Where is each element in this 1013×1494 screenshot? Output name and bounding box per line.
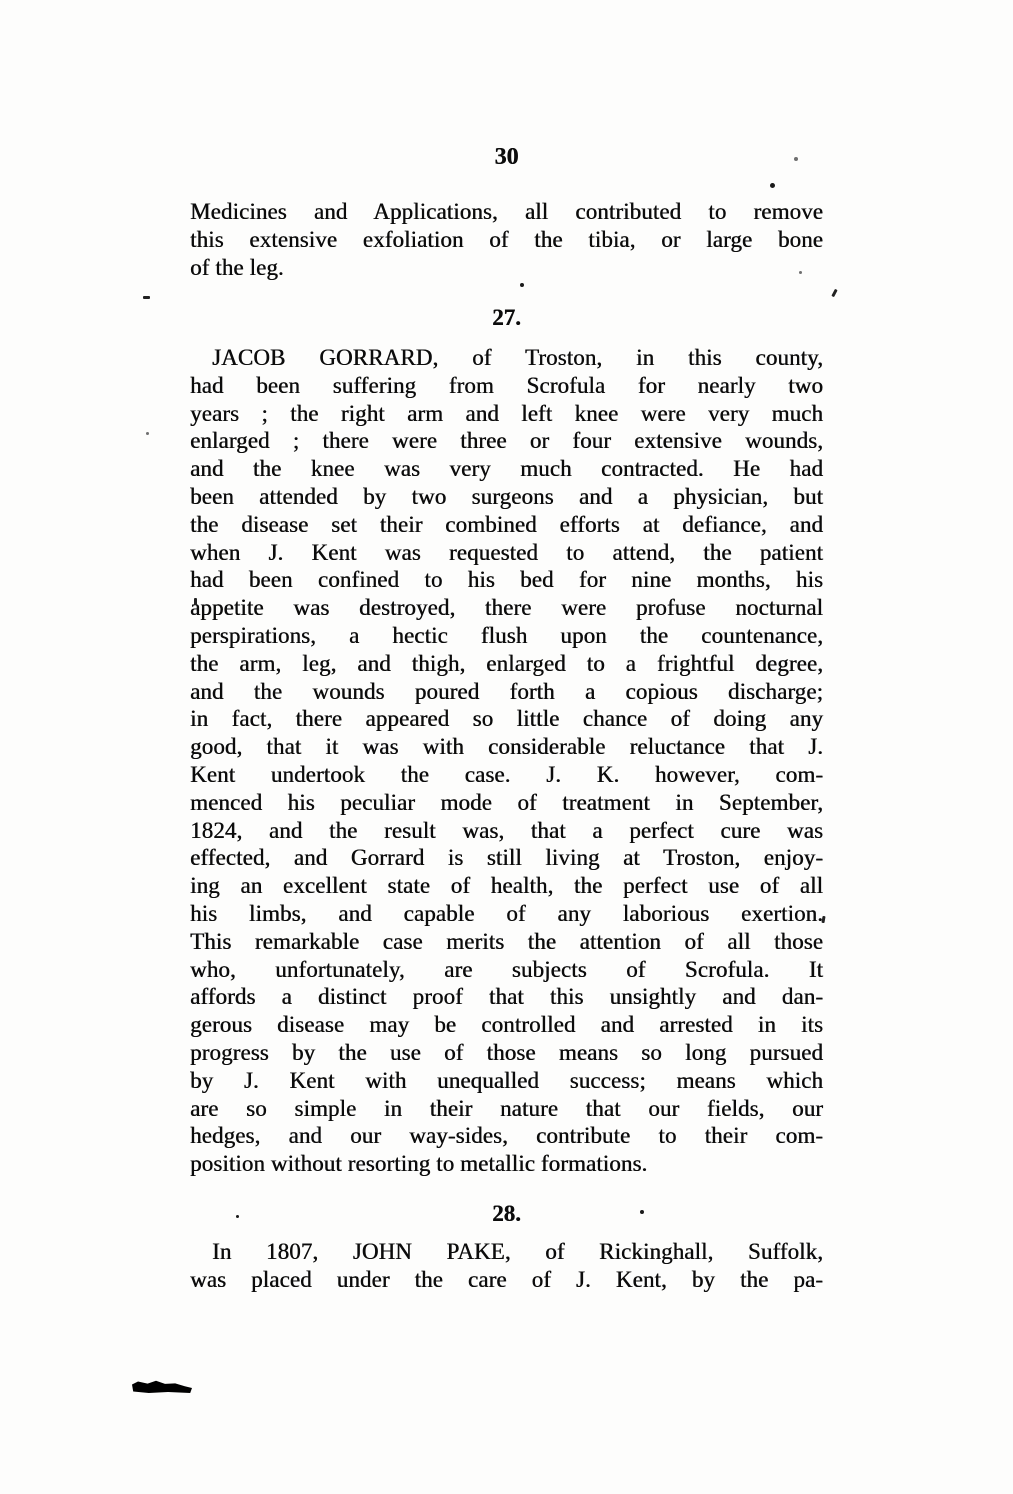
scanned-book-page: 30 Medicines and Applications, all contr… [0,0,1013,1494]
page-number: 30 [190,144,823,171]
text-line: of the leg. [190,254,823,282]
text-line: when J. Kent was requested to attend, th… [190,539,823,567]
text-line: good, that it was with considerable relu… [190,733,823,761]
scan-speck [794,157,798,161]
scan-speck [520,283,524,287]
text-line: had been confined to his bed for nine mo… [190,566,823,594]
text-line: had been suffering from Scrofula for nea… [190,372,823,400]
intro-paragraph: Medicines and Applications, all contribu… [190,198,823,281]
text-line: perspirations, a hectic flush upon the c… [190,622,823,650]
text-line: ing an excellent state of health, the pe… [190,872,823,900]
scan-speck [799,271,802,274]
text-line: the arm, leg, and thigh, enlarged to a f… [190,650,823,678]
text-line: Kent undertook the case. J. K. however, … [190,761,823,789]
text-line: was placed under the care of J. Kent, by… [190,1266,823,1294]
text-line: progress by the use of those means so lo… [190,1039,823,1067]
scan-speck [640,1210,644,1214]
section-28-paragraph: In 1807, JOHN PAKE, of Rickinghall, Suff… [190,1238,823,1294]
text-line: who, unfortunately, are subjects of Scro… [190,956,823,984]
text-line: are so simple in their nature that our f… [190,1095,823,1123]
text-line: and the knee was very much contracted. H… [190,455,823,483]
text-line: hedges, and our way-sides, contribute to… [190,1122,823,1150]
scan-speck [821,916,825,923]
text-line: and the wounds poured forth a copious di… [190,678,823,706]
text-line: this extensive exfoliation of the tibia,… [190,226,823,254]
section-28-heading: 28. [190,1201,823,1227]
ink-blot [132,1380,192,1393]
scan-speck [770,183,775,188]
text-line: position without resorting to metallic f… [190,1150,823,1178]
section-27-heading: 27. [190,305,823,331]
text-line: This remarkable case merits the attentio… [190,928,823,956]
text-line: Medicines and Applications, all contribu… [190,198,823,226]
text-line: appetite was destroyed, there were profu… [190,594,823,622]
scan-speck [146,432,149,435]
text-line: menced his peculiar mode of treatment in… [190,789,823,817]
text-line: been attended by two surgeons and a phys… [190,483,823,511]
scan-speck [143,296,150,299]
text-line: 1824, and the result was, that a perfect… [190,817,823,845]
text-line: his limbs, and capable of any laborious … [190,900,823,928]
text-line: by J. Kent with unequalled success; mean… [190,1067,823,1095]
text-line: the disease set their combined efforts a… [190,511,823,539]
scan-speck [194,598,197,605]
text-line: effected, and Gorrard is still living at… [190,844,823,872]
scan-speck [236,1215,239,1218]
text-line: in fact, there appeared so little chance… [190,705,823,733]
section-27-paragraph: JACOB GORRARD, of Troston, in this count… [190,344,823,1178]
text-line: enlarged ; there were three or four exte… [190,427,823,455]
scan-speck [831,289,837,297]
text-line: JACOB GORRARD, of Troston, in this count… [190,344,823,372]
text-line: affords a distinct proof that this unsig… [190,983,823,1011]
text-line: In 1807, JOHN PAKE, of Rickinghall, Suff… [190,1238,823,1266]
text-line: years ; the right arm and left knee were… [190,400,823,428]
text-line: gerous disease may be controlled and arr… [190,1011,823,1039]
